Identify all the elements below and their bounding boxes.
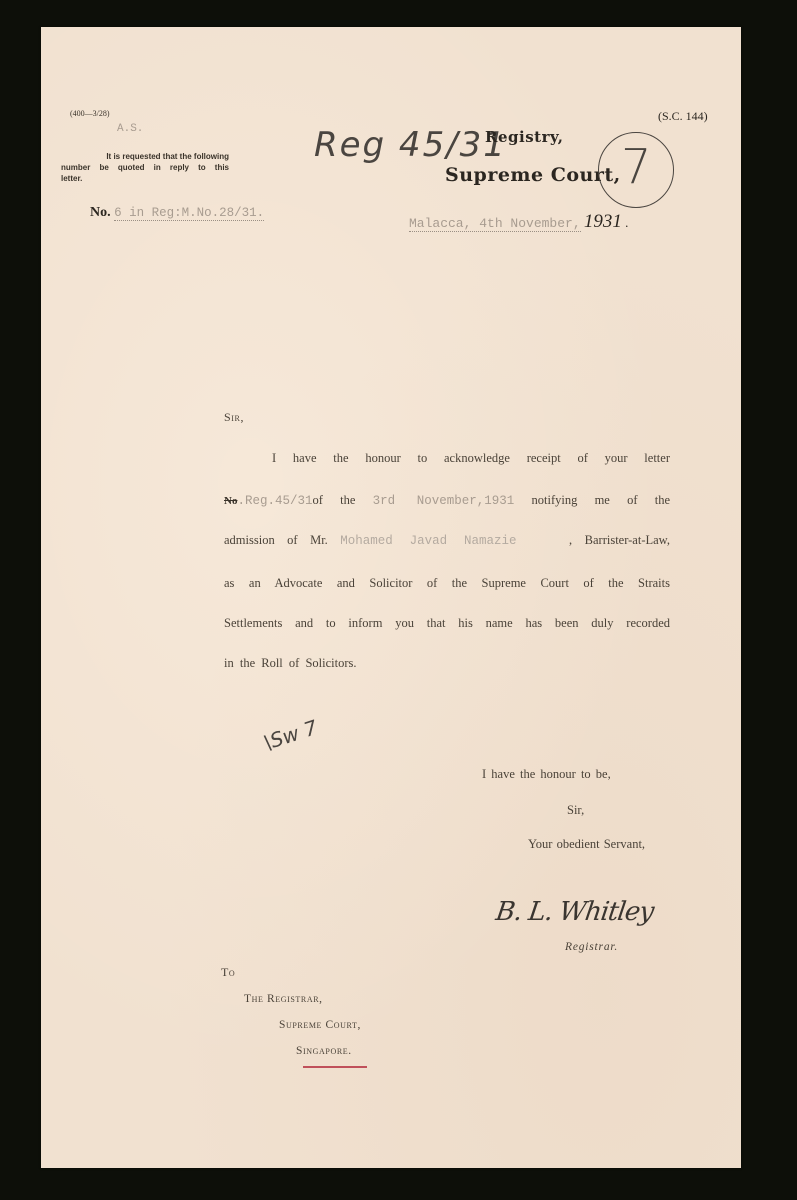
text: , Barrister-at-Law, [569,533,670,547]
circled-number-value: 7 [621,139,652,195]
handwritten-reference: Reg 45/31 [314,125,507,165]
letter-ref: .Reg.45/31 [237,494,312,508]
body-line-5: Settlements and to inform you that his n… [224,616,670,631]
body-line-4: as an Advocate and Solicitor of the Supr… [224,576,670,591]
addressee-line-1: The Registrar, [244,993,323,1005]
place-date-typed: Malacca, 4th November, [409,216,581,232]
signature: B. L. Whitley [494,897,655,927]
reference-label: No. [90,205,111,220]
quote-notice: It is requested that the following numbe… [61,151,229,184]
quote-notice-line: number be quoted in reply to this [61,162,229,173]
closing-line-2: Sir, [567,803,584,818]
year: 1931 [584,211,622,232]
body-line-1: I have the honour to acknowledge receipt… [272,451,670,466]
letter-date: 3rd November,1931 [373,494,515,508]
addressee-to: To [221,965,235,980]
circled-number: 7 [598,132,674,208]
margin-initials: \Sw 7 [261,715,321,755]
quote-notice-line: letter. [61,173,229,184]
salutation: Sir, [224,410,244,425]
place-date: Malacca, 4th November, 1931 . [409,211,628,233]
text: of the [312,493,355,507]
text: admission of Mr. [224,533,328,547]
body-line-6: in the Roll of Solicitors. [224,656,356,671]
admitted-name: Mohamed Javad Namazie [340,534,516,548]
reference-number: No. 6 in Reg:M.No.28/31. [90,205,264,221]
text: notifying me of the [532,493,671,507]
letterhead-supreme-court: Supreme Court, [445,164,621,186]
typist-initials: A.S. [117,123,143,135]
addressee-line-2: Supreme Court, [279,1019,361,1031]
struck-no: No [224,495,237,507]
form-number: (S.C. 144) [658,109,708,124]
form-code: (400—3/28) [70,109,110,118]
body-line-3: admission of Mr. Mohamed Javad Namazie ,… [224,533,670,548]
addressee-line-3: Singapore. [296,1045,352,1057]
signatory-title: Registrar. [565,941,618,953]
quote-notice-line: It is requested that the following [61,151,229,162]
body-line-2: No.Reg.45/31of the 3rd November,1931 not… [224,493,670,508]
closing-line-1: I have the honour to be, [482,767,611,782]
closing-line-3: Your obedient Servant, [528,837,645,852]
date-suffix: . [625,215,628,230]
letter-paper: (400—3/28) A.S. It is requested that the… [41,27,741,1168]
red-underline [303,1066,367,1068]
reference-value: 6 in Reg:M.No.28/31. [114,206,264,221]
letterhead-registry: Registry, [485,128,563,146]
